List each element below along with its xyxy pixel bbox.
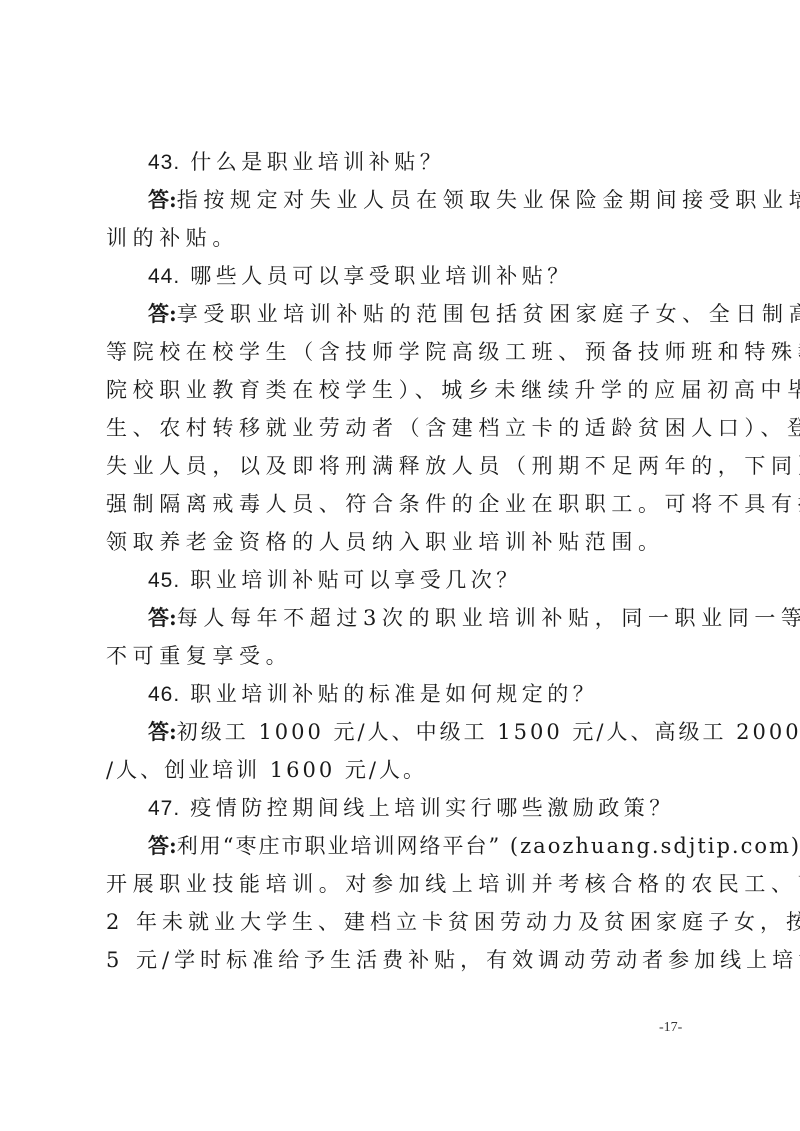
answer-44-line-6: 强制隔离戒毒人员、符合条件的企业在职职工。可将不具有按月 xyxy=(106,485,702,523)
answer-47-line-2: 开展职业技能培训。对参加线上培训并考核合格的农民工、离校 xyxy=(106,865,702,903)
question-text: 什么是职业培训补贴？ xyxy=(190,150,445,174)
answer-text: 初级工 1000 元/人、中级工 1500 元/人、高级工 2000 元 xyxy=(177,720,800,744)
answer-label: 答: xyxy=(148,187,177,212)
answer-label: 答: xyxy=(148,605,177,630)
page-number: -17- xyxy=(659,1020,682,1036)
answer-label: 答: xyxy=(148,719,177,744)
question-43: 43.什么是职业培训补贴？ xyxy=(106,143,702,181)
answer-47-line-4: 5 元/学时标准给予生活费补贴，有效调动劳动者参加线上培训 xyxy=(106,941,702,979)
question-number: 45. xyxy=(148,569,180,592)
answer-44-line-3: 院校职业教育类在校学生）、城乡未继续升学的应届初高中毕业 xyxy=(106,371,702,409)
answer-text: 指按规定对失业人员在领取失业保险金期间接受职业培 xyxy=(177,188,800,212)
answer-text: 每人每年不超过3次的职业培训补贴，同一职业同一等级 xyxy=(177,606,800,630)
question-number: 46. xyxy=(148,683,180,706)
question-number: 47. xyxy=(148,797,180,820)
answer-44-line-7: 领取养老金资格的人员纳入职业培训补贴范围。 xyxy=(106,523,702,561)
question-number: 43. xyxy=(148,151,180,174)
question-text: 职业培训补贴的标准是如何规定的？ xyxy=(190,682,598,706)
answer-47-line-3: 2 年未就业大学生、建档立卡贫困劳动力及贫困家庭子女，按照 xyxy=(106,903,702,941)
question-44: 44.哪些人员可以享受职业培训补贴？ xyxy=(106,257,702,295)
answer-label: 答: xyxy=(148,833,177,858)
answer-46-line-1: 答:初级工 1000 元/人、中级工 1500 元/人、高级工 2000 元 xyxy=(106,713,702,751)
answer-45-line-2: 不可重复享受。 xyxy=(106,637,702,675)
answer-43-line-2: 训的补贴。 xyxy=(106,219,702,257)
question-text: 疫情防控期间线上培训实行哪些激励政策？ xyxy=(190,796,675,820)
answer-47-line-1: 答:利用“枣庄市职业培训网络平台” (zaozhuang.sdjtip.com) xyxy=(106,827,702,865)
answer-43-line-1: 答:指按规定对失业人员在领取失业保险金期间接受职业培 xyxy=(106,181,702,219)
answer-44-line-4: 生、农村转移就业劳动者（含建档立卡的适龄贫困人口）、登记 xyxy=(106,409,702,447)
answer-45-line-1: 答:每人每年不超过3次的职业培训补贴，同一职业同一等级 xyxy=(106,599,702,637)
answer-46-line-2: /人、创业培训 1600 元/人。 xyxy=(106,751,702,789)
answer-44-line-2: 等院校在校学生（含技师学院高级工班、预备技师班和特殊教育 xyxy=(106,333,702,371)
answer-44-line-5: 失业人员，以及即将刑满释放人员（刑期不足两年的，下同）、 xyxy=(106,447,702,485)
question-number: 44. xyxy=(148,265,180,288)
answer-44-line-1: 答:享受职业培训补贴的范围包括贫困家庭子女、全日制高 xyxy=(106,295,702,333)
document-page: 43.什么是职业培训补贴？ 答:指按规定对失业人员在领取失业保险金期间接受职业培… xyxy=(106,143,702,979)
answer-text: 享受职业培训补贴的范围包括贫困家庭子女、全日制高 xyxy=(177,302,800,326)
question-47: 47.疫情防控期间线上培训实行哪些激励政策？ xyxy=(106,789,702,827)
answer-text: 利用“枣庄市职业培训网络平台” (zaozhuang.sdjtip.com) xyxy=(177,834,800,858)
answer-label: 答: xyxy=(148,301,177,326)
question-text: 职业培训补贴可以享受几次？ xyxy=(190,568,522,592)
question-45: 45.职业培训补贴可以享受几次？ xyxy=(106,561,702,599)
question-46: 46.职业培训补贴的标准是如何规定的？ xyxy=(106,675,702,713)
question-text: 哪些人员可以享受职业培训补贴？ xyxy=(190,264,573,288)
